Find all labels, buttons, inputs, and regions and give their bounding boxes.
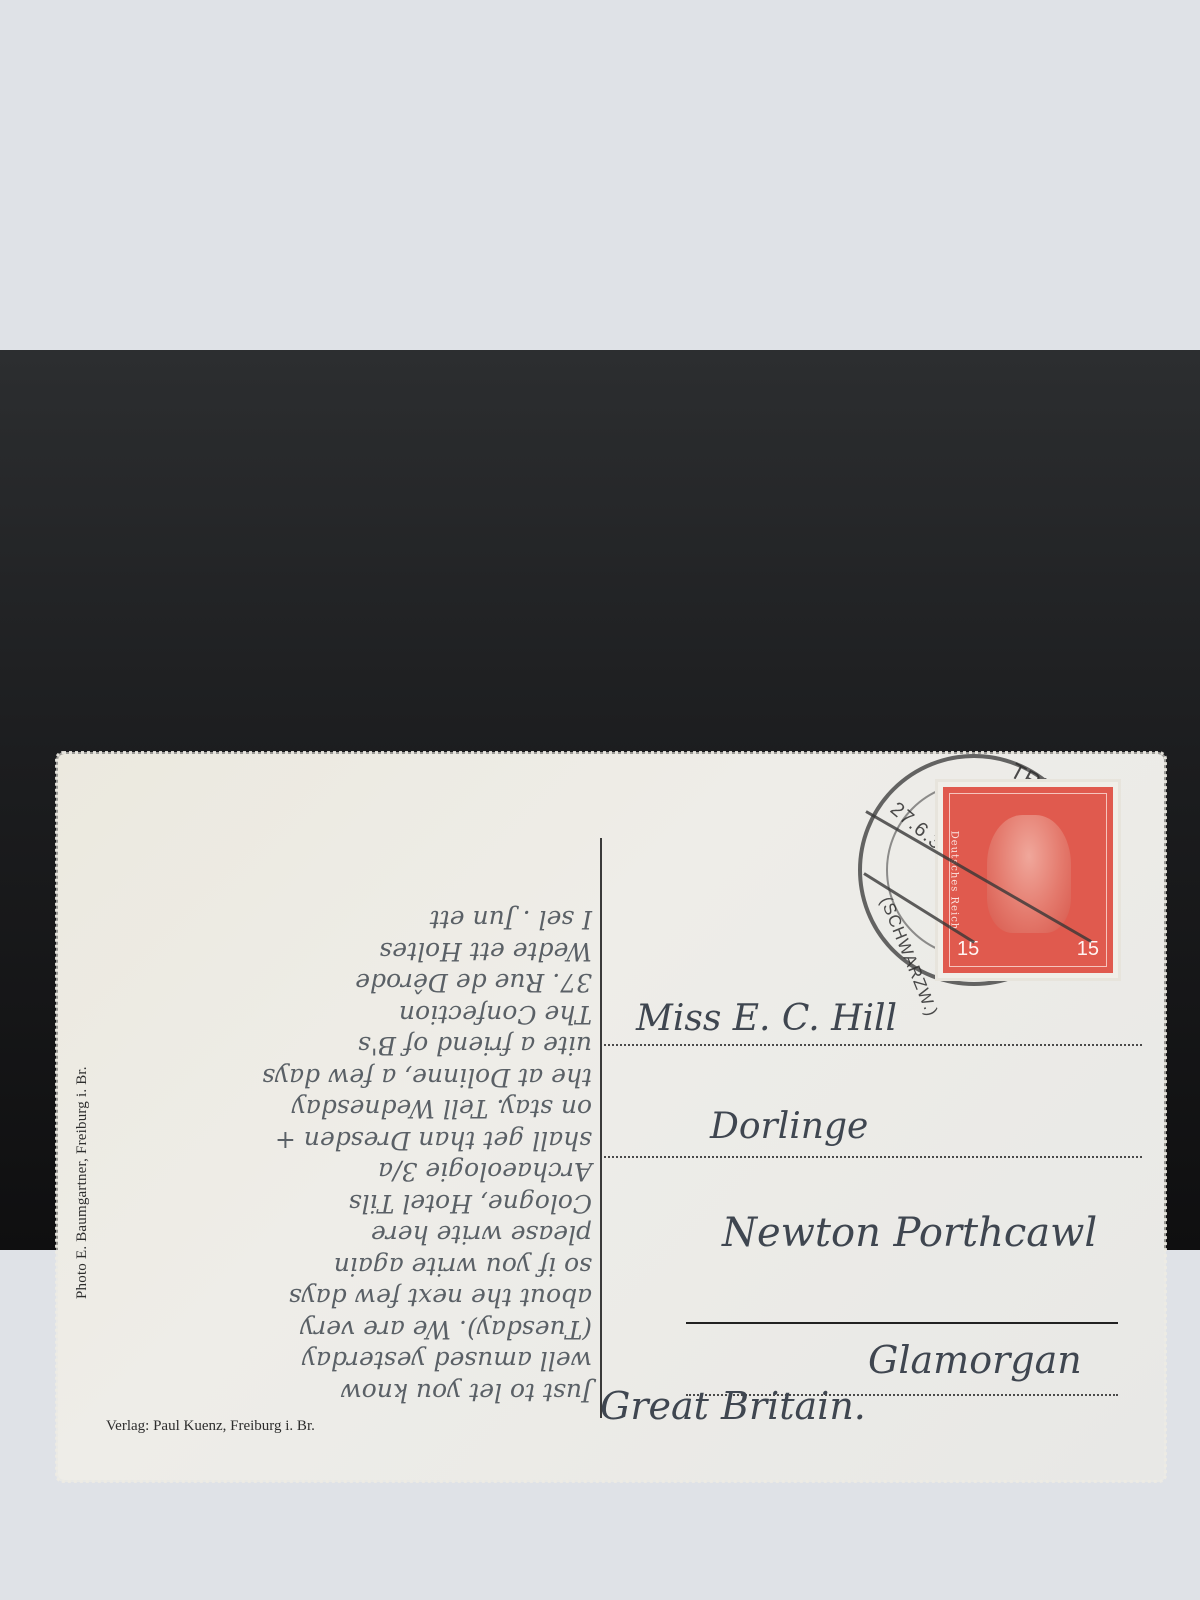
address-line-1 xyxy=(604,1044,1142,1046)
message-line: the at Dolinne, a few days xyxy=(102,1062,602,1094)
message-line: Wedte ett Holtes xyxy=(102,936,602,968)
message-line: well amused yesterday xyxy=(102,1345,602,1377)
message-line: Archaeologie 3/a xyxy=(102,1156,602,1188)
message-line: so if you write again xyxy=(102,1251,602,1283)
message-line: on stay. Tell Wednesday xyxy=(102,1093,602,1125)
center-divider xyxy=(600,838,602,1418)
message-line: Just to let you know xyxy=(102,1377,602,1409)
address-house: Dorlinge xyxy=(710,1106,868,1147)
message-line: I sel . Jun ett xyxy=(102,904,602,936)
handwritten-message: Just to let you know well amused yesterd… xyxy=(102,768,602,1408)
message-line: uite a friend of B's xyxy=(102,1030,602,1062)
message-line: (Tuesday). We are very xyxy=(102,1314,602,1346)
photo-credit: Photo E. Baumgartner, Freiburg i. Br. xyxy=(74,1066,91,1299)
message-line: please write here xyxy=(102,1219,602,1251)
postage-stamp: Deutsches Reich 15 15 xyxy=(938,782,1118,978)
message-line: shall get than Dresden + xyxy=(102,1125,602,1157)
stamp-value-left: 15 xyxy=(957,938,979,961)
message-line: 37. Rue de Dêrode xyxy=(102,967,602,999)
address-country: Great Britain. xyxy=(600,1384,866,1428)
message-line: about the next few days xyxy=(102,1282,602,1314)
message-line: Cologne, Hotel Tils xyxy=(102,1188,602,1220)
postcard: Just to let you know well amused yesterd… xyxy=(58,754,1164,1480)
message-line: The Confection xyxy=(102,999,602,1031)
photo-background: Just to let you know well amused yesterd… xyxy=(0,350,1200,1250)
portrait-icon xyxy=(987,815,1071,933)
publisher-credit: Verlag: Paul Kuenz, Freiburg i. Br. xyxy=(106,1418,315,1435)
address-county: Glamorgan xyxy=(868,1338,1082,1382)
address-town: Newton Porthcawl xyxy=(722,1210,1097,1256)
address-line-3 xyxy=(686,1322,1118,1324)
address-line-2 xyxy=(604,1156,1142,1158)
address-name: Miss E. C. Hill xyxy=(636,998,897,1039)
